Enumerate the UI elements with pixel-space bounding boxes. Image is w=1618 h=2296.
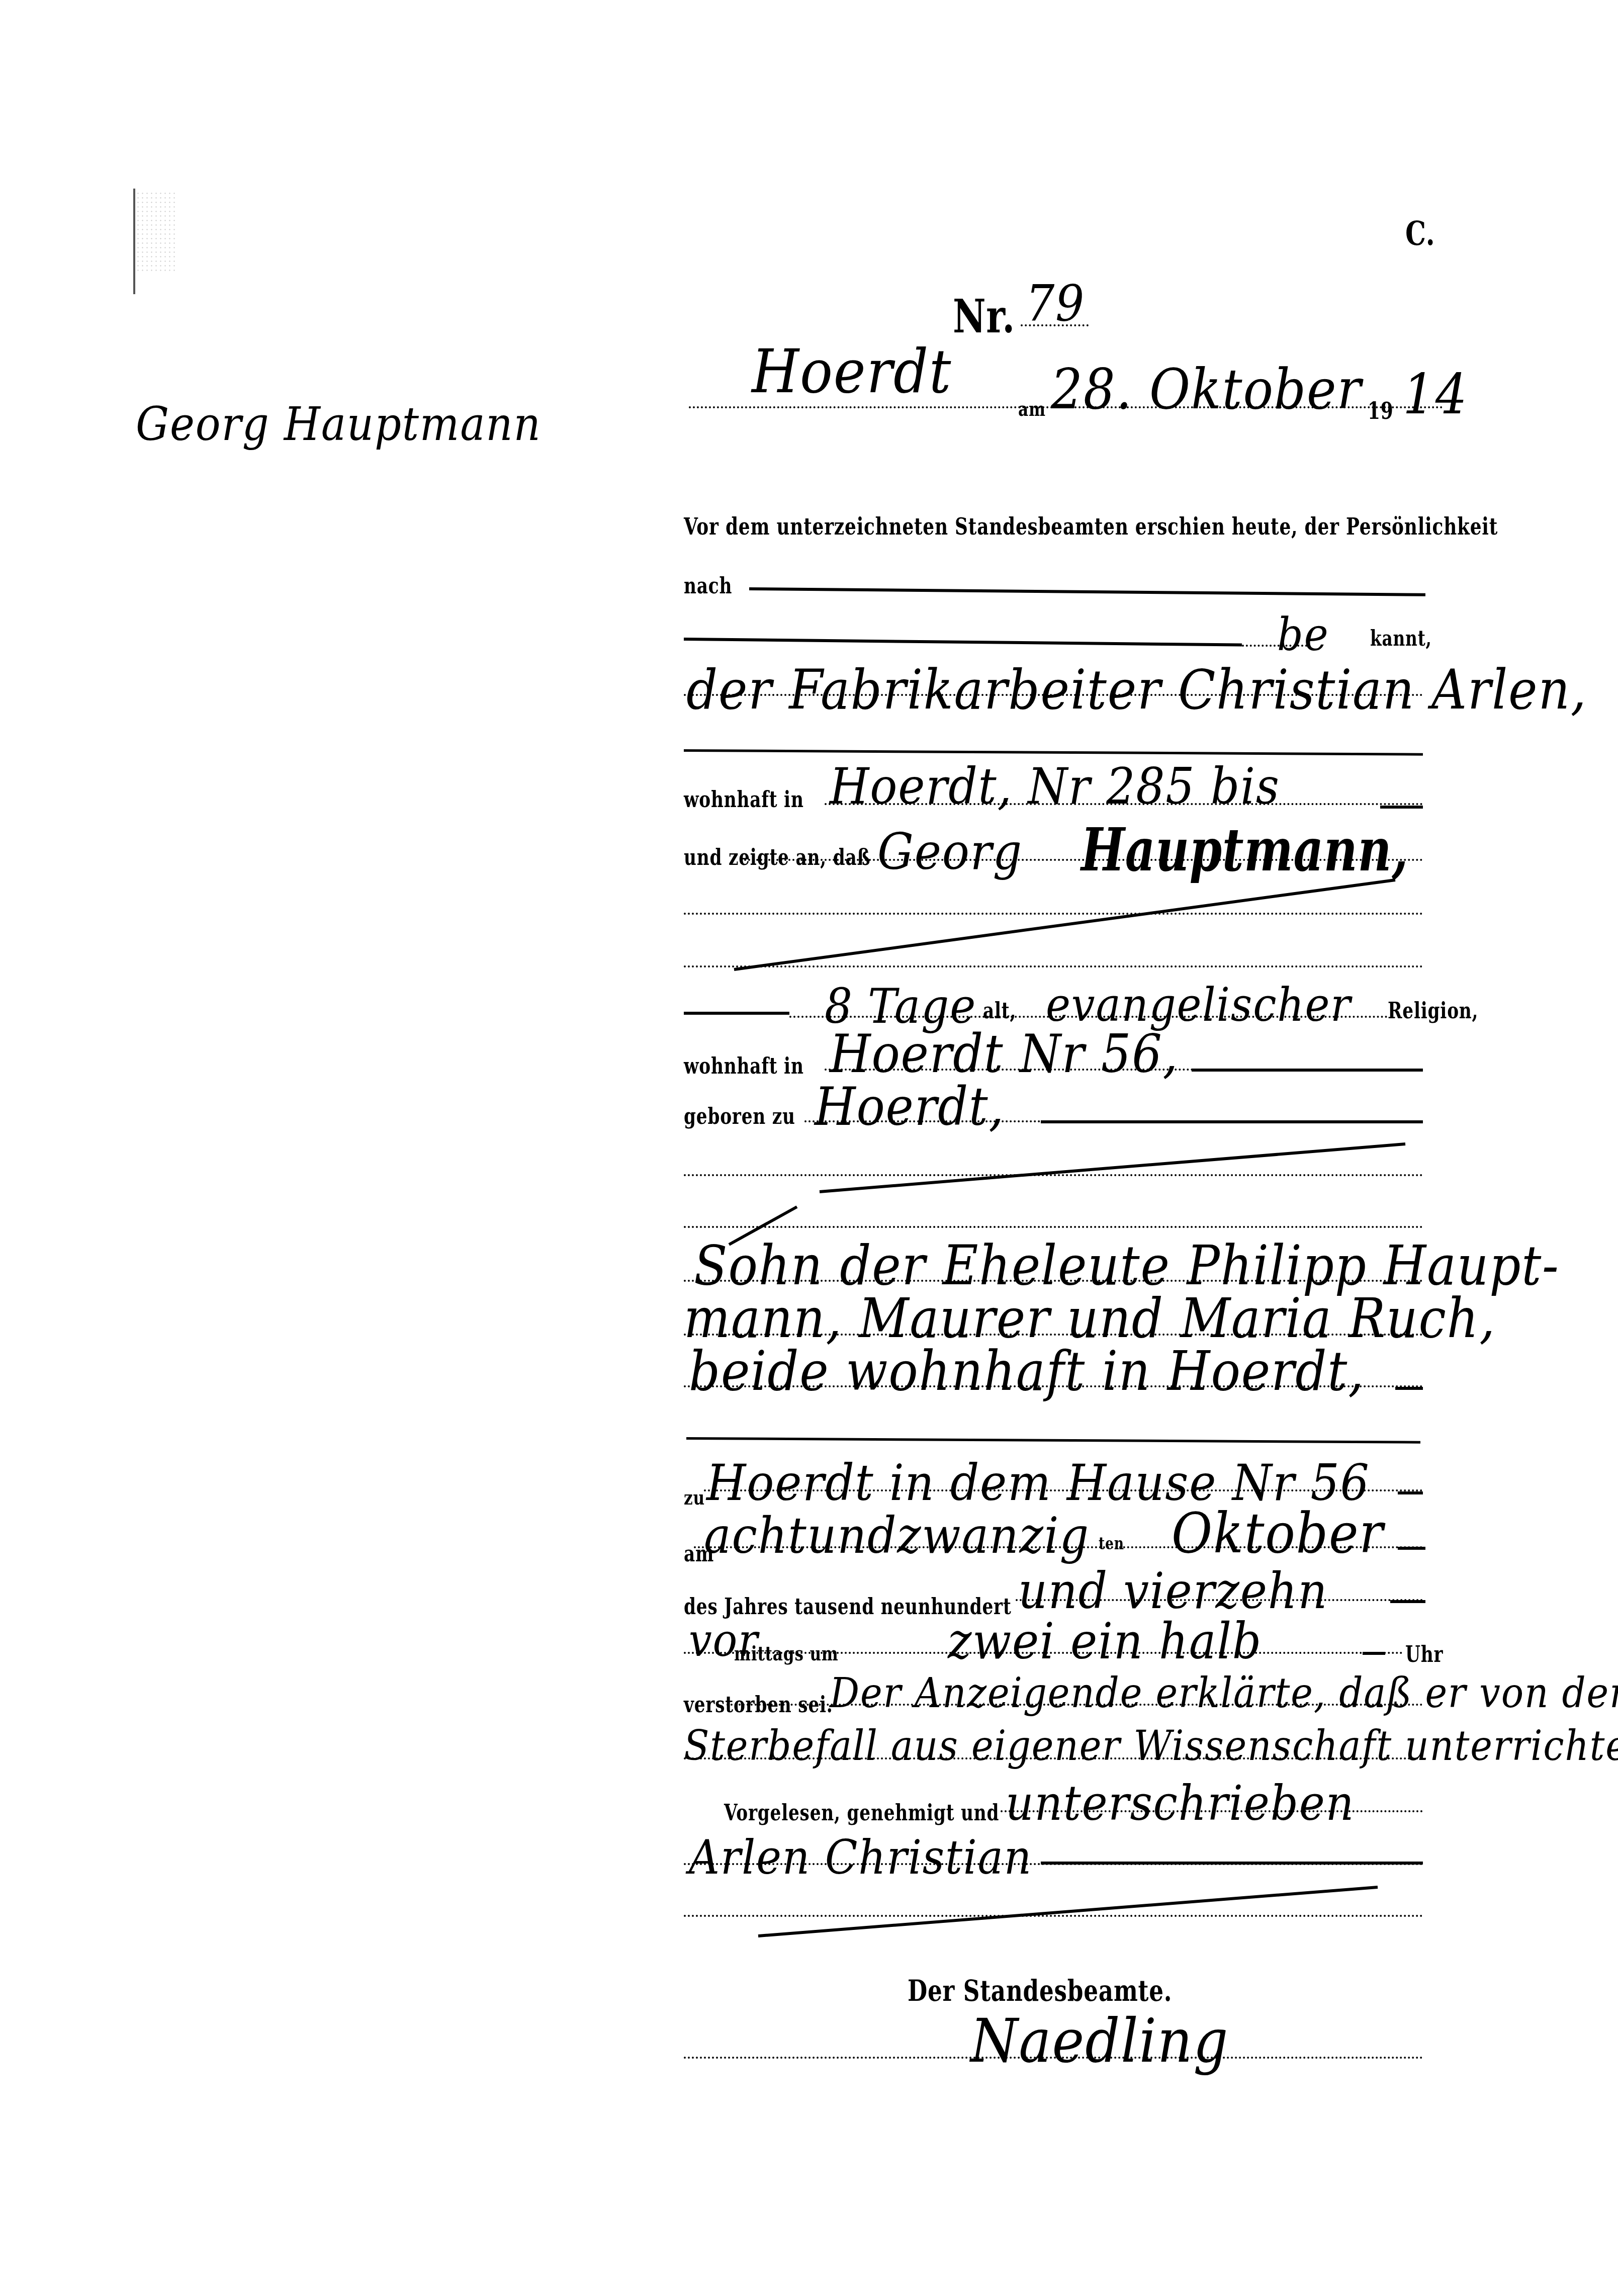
strike-line-2 xyxy=(820,1144,1405,1192)
strike-line-4 xyxy=(758,1887,1378,1936)
strike-line-1 xyxy=(734,880,1395,969)
strike-line-3 xyxy=(729,1207,797,1245)
strike-lines xyxy=(0,0,1618,2296)
